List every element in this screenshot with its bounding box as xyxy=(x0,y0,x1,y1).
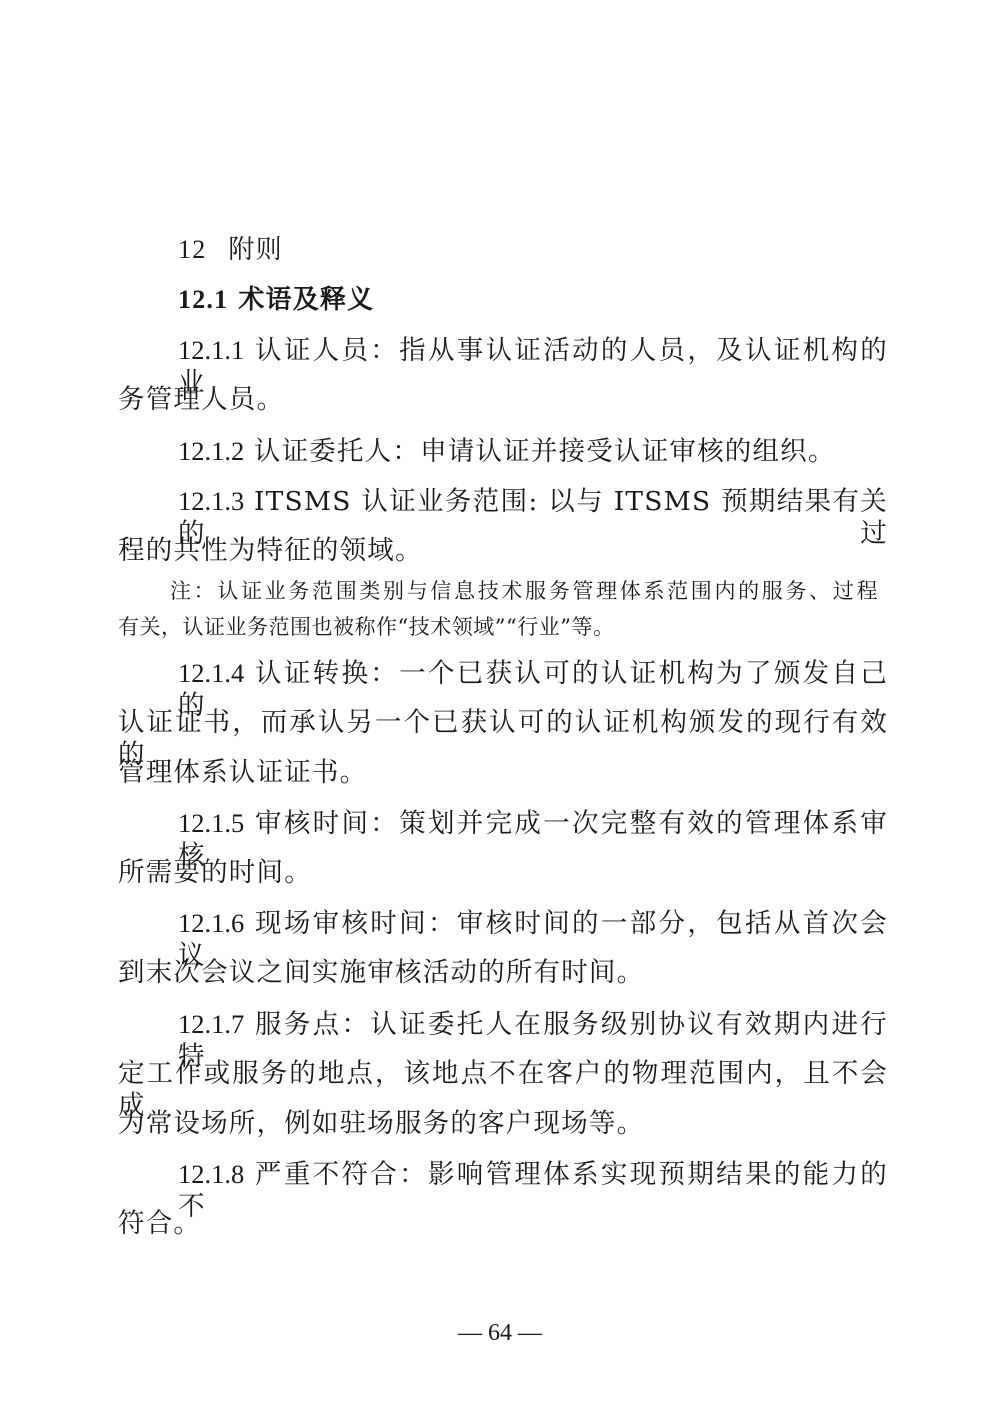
term-12-1-1-line-2: 务管理人员。 xyxy=(118,384,888,416)
chapter-heading: 12附则 xyxy=(178,234,948,266)
term-12-1-3-line-2: 程的共性为特征的领域。 xyxy=(118,535,888,567)
chapter-title: 附则 xyxy=(228,235,282,265)
document-page: 12附则 12.1术语及释义 12.1.1 认证人员：指从事认证活动的人员，及认… xyxy=(0,0,1000,1414)
note-line-1: 注：认证业务范围类别与信息技术服务管理体系范围内的服务、过程 xyxy=(170,577,878,605)
term-id: 12.1.4 xyxy=(178,658,244,688)
term-id: 12.1.8 xyxy=(178,1159,244,1189)
term-id: 12.1.7 xyxy=(178,1009,244,1039)
section-number: 12.1 xyxy=(178,285,228,314)
term-id: 12.1.6 xyxy=(178,908,244,938)
term-12-1-7-line-3: 为常设场所，例如驻场服务的客户现场等。 xyxy=(118,1108,888,1140)
page-number: — 64 — xyxy=(0,1318,1000,1348)
term-id: 12.1.5 xyxy=(178,808,244,838)
term-id: 12.1.3 xyxy=(178,486,244,516)
term-id: 12.1.1 xyxy=(178,335,244,365)
term-12-1-5-line-2: 所需要的时间。 xyxy=(118,857,888,889)
term-id: 12.1.2 xyxy=(178,436,244,466)
section-heading: 12.1术语及释义 xyxy=(178,284,948,316)
section-title: 术语及释义 xyxy=(238,285,374,315)
term-12-1-8-line-2: 符合。 xyxy=(118,1208,888,1240)
chapter-number: 12 xyxy=(178,235,206,264)
term-12-1-2-line-1: 12.1.2 认证委托人：申请认证并接受认证审核的组织。 xyxy=(178,435,948,468)
term-text: 认证委托人：申请认证并接受认证审核的组织。 xyxy=(254,436,836,467)
term-12-1-4-line-3: 管理体系认证证书。 xyxy=(118,757,888,789)
note-line-2: 有关，认证业务范围也被称作“技术领域”“行业”等。 xyxy=(118,613,878,641)
term-12-1-6-line-2: 到末次会议之间实施审核活动的所有时间。 xyxy=(118,957,888,989)
